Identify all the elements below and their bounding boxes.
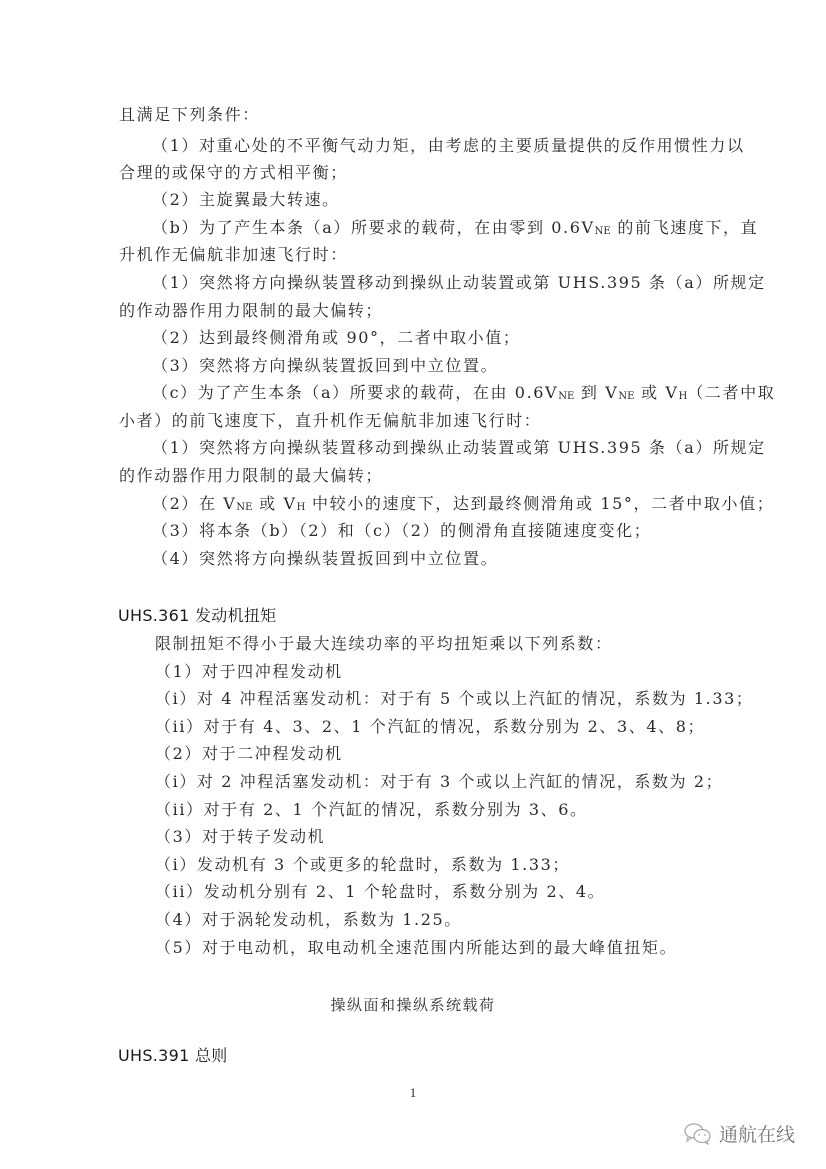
text-line: 小者）的前飞速度下，直升机作无偏航非加速飞行时： <box>119 411 541 431</box>
text-line: （1）突然将方向操纵装置移动到操纵止动装置或第 UHS.395 条（a）所规定 <box>152 273 766 293</box>
text-line: （i）发动机有 3 个或更多的轮盘时，系数为 1.33； <box>155 855 570 875</box>
text-line: （1）对于四冲程发动机 <box>155 662 343 682</box>
document-page: 且满足下列条件： （1）对重心处的不平衡气动力矩，由考虑的主要质量提供的反作用惯… <box>0 0 826 1169</box>
text-line: （ii）对于有 4、3、2、1 个汽缸的情况，系数分别为 2、3、4、8； <box>155 717 705 737</box>
text-line: 的作动器作用力限制的最大偏转； <box>119 301 383 321</box>
page-number: 1 <box>0 1085 826 1101</box>
text-line: （2）主旋翼最大转速。 <box>152 190 340 210</box>
text-line: 合理的或保守的方式相平衡； <box>119 163 348 183</box>
watermark-text: 通航在线 <box>719 1120 795 1147</box>
watermark: 通航在线 <box>683 1120 795 1147</box>
text-line: 升机作无偏航非加速飞行时： <box>119 245 348 265</box>
text-line: 且满足下列条件： <box>119 105 260 125</box>
text-line: （ii）发动机分别有 2、1 个轮盘时，系数分别为 2、4。 <box>155 882 605 902</box>
text-line: （b）为了产生本条（a）所要求的载荷，在由零到 0.6VNE 的前飞速度下，直 <box>152 218 758 242</box>
subsection-title: 操纵面和操纵系统载荷 <box>0 995 826 1015</box>
text-line: （2）在 VNE 或 VH 中较小的速度下，达到最终侧滑角或 15°，二者中取小… <box>152 494 774 518</box>
wechat-icon <box>683 1122 713 1146</box>
section-heading-391: UHS.391 总则 <box>118 1046 228 1066</box>
text-line: （3）将本条（b）（2）和（c）（2）的侧滑角直接随速度变化； <box>152 521 651 541</box>
text-line: （2）达到最终侧滑角或 90°，二者中取小值； <box>152 328 520 348</box>
text-line: （i）对 2 冲程活塞发动机：对于有 3 个或以上汽缸的情况，系数为 2； <box>155 772 723 792</box>
text-line: （i）对 4 冲程活塞发动机：对于有 5 个或以上汽缸的情况，系数为 1.33； <box>155 689 754 709</box>
section-heading-361: UHS.361 发动机扭矩 <box>118 606 277 626</box>
text-line: （ii）对于有 2、1 个汽缸的情况，系数分别为 3、6。 <box>155 800 588 820</box>
text-line: 的作动器作用力限制的最大偏转； <box>119 466 383 486</box>
text-line: （3）对于转子发动机 <box>155 827 325 847</box>
text-line: （4）突然将方向操纵装置扳回到中立位置。 <box>152 549 498 569</box>
text-line: （3）突然将方向操纵装置扳回到中立位置。 <box>152 356 498 376</box>
text-line: （1）突然将方向操纵装置移动到操纵止动装置或第 UHS.395 条（a）所规定 <box>152 438 766 458</box>
text-line: （1）对重心处的不平衡气动力矩，由考虑的主要质量提供的反作用惯性力以 <box>152 136 745 156</box>
text-line: （2）对于二冲程发动机 <box>155 744 343 764</box>
text-line: 限制扭矩不得小于最大连续功率的平均扭矩乘以下列系数： <box>155 634 613 654</box>
text-line: （5）对于电动机，取电动机全速范围内所能达到的最大峰值扭矩。 <box>155 938 677 958</box>
text-line: （c）为了产生本条（a）所要求的载荷，在由 0.6VNE 到 VNE 或 VH（… <box>152 383 775 407</box>
text-line: （4）对于涡轮发动机，系数为 1.25。 <box>155 910 462 930</box>
